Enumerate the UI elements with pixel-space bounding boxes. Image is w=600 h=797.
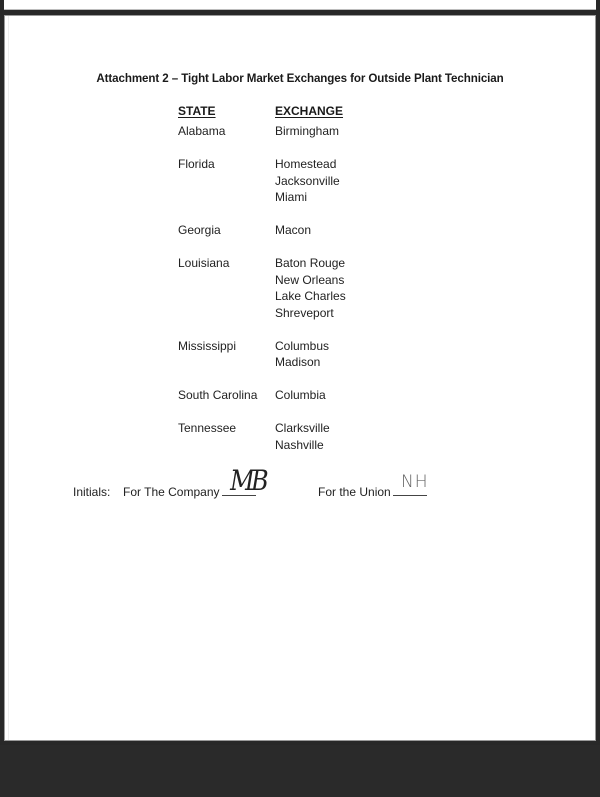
exchange-cell: Birmingham [275, 123, 339, 140]
previous-page-edge [4, 0, 596, 10]
exchange-cell: Homestead [275, 156, 336, 173]
exchange-cell: Columbia [275, 387, 326, 404]
union-signature: NH [401, 472, 429, 492]
state-column-header: STATE [178, 104, 216, 118]
document-page: Attachment 2 – Tight Labor Market Exchan… [4, 15, 596, 741]
exchange-cell: Clarksville [275, 420, 330, 437]
company-label: For The Company [123, 485, 220, 499]
document-title: Attachment 2 – Tight Labor Market Exchan… [5, 72, 595, 85]
state-cell: South Carolina [178, 387, 257, 404]
state-cell: Louisiana [178, 255, 229, 272]
exchange-cell: Lake Charles [275, 288, 346, 305]
company-signature: MB [230, 464, 265, 497]
exchange-cell: Columbus [275, 338, 329, 355]
exchange-column-header: EXCHANGE [275, 104, 343, 118]
exchange-cell: New Orleans [275, 272, 344, 289]
union-label: For the Union [318, 485, 391, 499]
exchange-cell: Madison [275, 354, 320, 371]
state-cell: Georgia [178, 222, 221, 239]
viewer-bottom-bar [0, 745, 600, 797]
exchange-cell: Baton Rouge [275, 255, 345, 272]
state-cell: Alabama [178, 123, 225, 140]
state-cell: Tennessee [178, 420, 236, 437]
exchange-cell: Macon [275, 222, 311, 239]
state-cell: Mississippi [178, 338, 236, 355]
state-cell: Florida [178, 156, 215, 173]
initials-label: Initials: [73, 485, 110, 499]
exchange-cell: Shreveport [275, 305, 334, 322]
page-margin-line [8, 16, 9, 740]
exchange-cell: Nashville [275, 437, 324, 454]
exchange-cell: Jacksonville [275, 173, 340, 190]
exchange-cell: Miami [275, 189, 307, 206]
